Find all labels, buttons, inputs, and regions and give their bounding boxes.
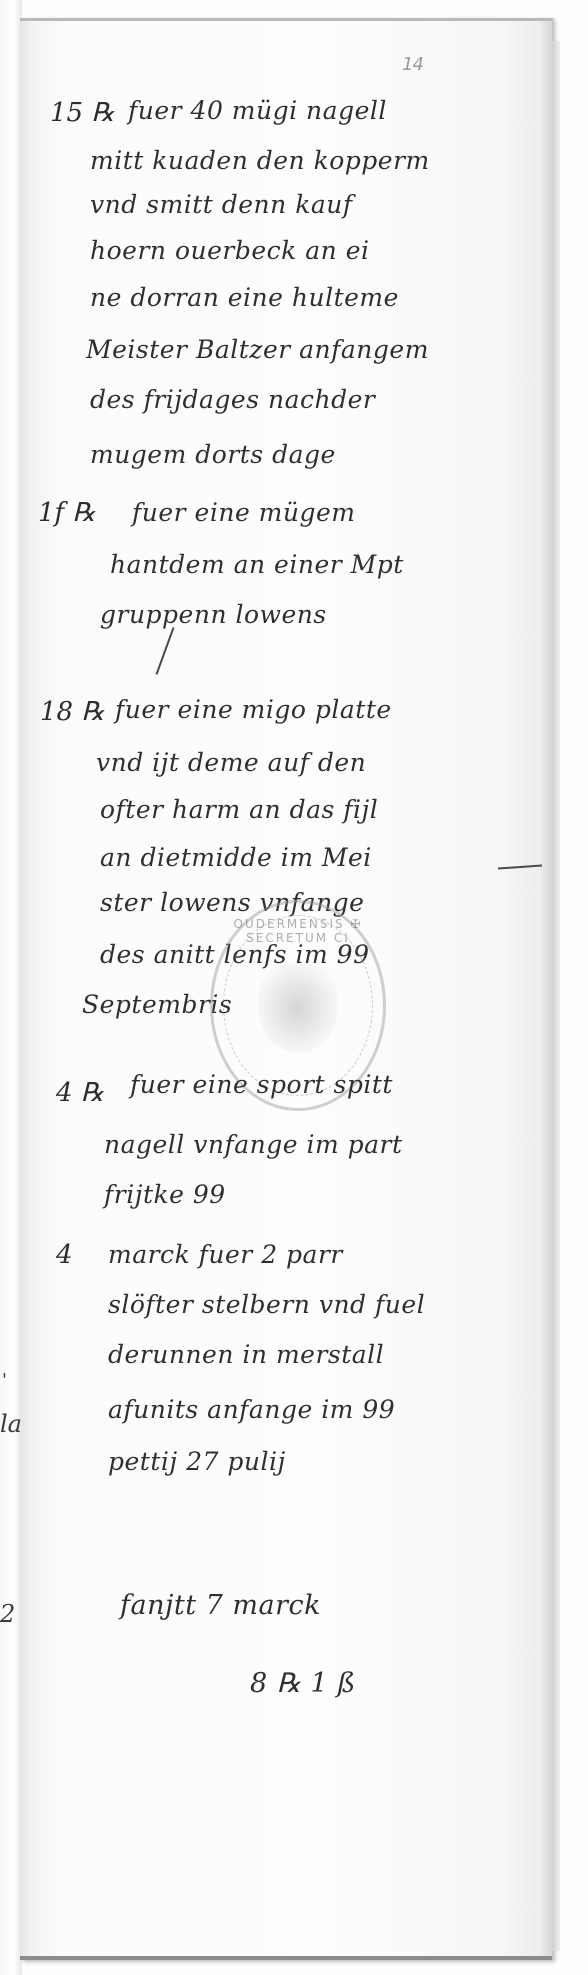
entry-line: afunits anfange im 99 [108, 1395, 395, 1424]
entry-line: nagell vnfange im part [104, 1130, 403, 1159]
entry-line: gruppenn lowens [100, 600, 327, 629]
entry-line: mugem dorts dage [90, 440, 336, 469]
entry-line: fuer eine migo platte [115, 695, 392, 724]
entry-amount: 4 ℞ [56, 1078, 104, 1108]
entry-line: hantdem an einer Mpt [110, 550, 404, 579]
total-line-1: fanjtt 7 marck [120, 1590, 321, 1621]
entry-line: ofter harm an das fijl [100, 795, 378, 824]
scanned-manuscript: 14 15 ℞ fuer 40 mügi nagell mitt kuaden … [0, 0, 588, 1975]
total-line-2: 8 ℞ 1 ß [250, 1668, 356, 1699]
entry-amount: 15 ℞ [50, 98, 115, 128]
entry-line: vnd ijt deme auf den [96, 748, 366, 777]
entry-line: mitt kuaden den kopperm [90, 146, 430, 175]
margin-fragment: ' [2, 1370, 7, 1391]
adjacent-page-edge [0, 0, 22, 1975]
entry-line: fuer 40 mügi nagell [128, 96, 387, 125]
entry-amount: 4 [56, 1240, 73, 1270]
entry-line: Meister Baltzer anfangem [86, 335, 429, 364]
margin-fragment: 2 [0, 1600, 15, 1628]
folio-number: 14 [402, 54, 423, 75]
entry-line: slöfter stelbern vnd fuel [108, 1290, 425, 1319]
entry-line: an dietmidde im Mei [100, 843, 372, 872]
entry-line: ne dorran eine hulteme [90, 283, 399, 312]
entry-line: vnd smitt denn kauf [90, 190, 353, 219]
entry-line: pettij 27 pulij [108, 1447, 286, 1476]
entry-line: derunnen in merstall [108, 1340, 384, 1369]
entry-line: fuer eine mügem [132, 498, 356, 527]
seal-inscription: OUDERMENSIS ✠ SECRETUM CI [213, 917, 383, 945]
entry-amount: 18 ℞ [40, 697, 105, 727]
entry-line: frijtke 99 [104, 1180, 226, 1209]
margin-fragment: la [0, 1410, 22, 1438]
entry-line: marck fuer 2 parr [108, 1240, 343, 1269]
seal-emblem-icon [258, 963, 338, 1053]
entry-amount: 1f ℞ [38, 498, 96, 528]
entry-line: fuer eine sport spitt [130, 1070, 393, 1099]
entry-line: hoern ouerbeck an ei [90, 236, 369, 265]
entry-line: des frijdages nachder [90, 385, 375, 414]
